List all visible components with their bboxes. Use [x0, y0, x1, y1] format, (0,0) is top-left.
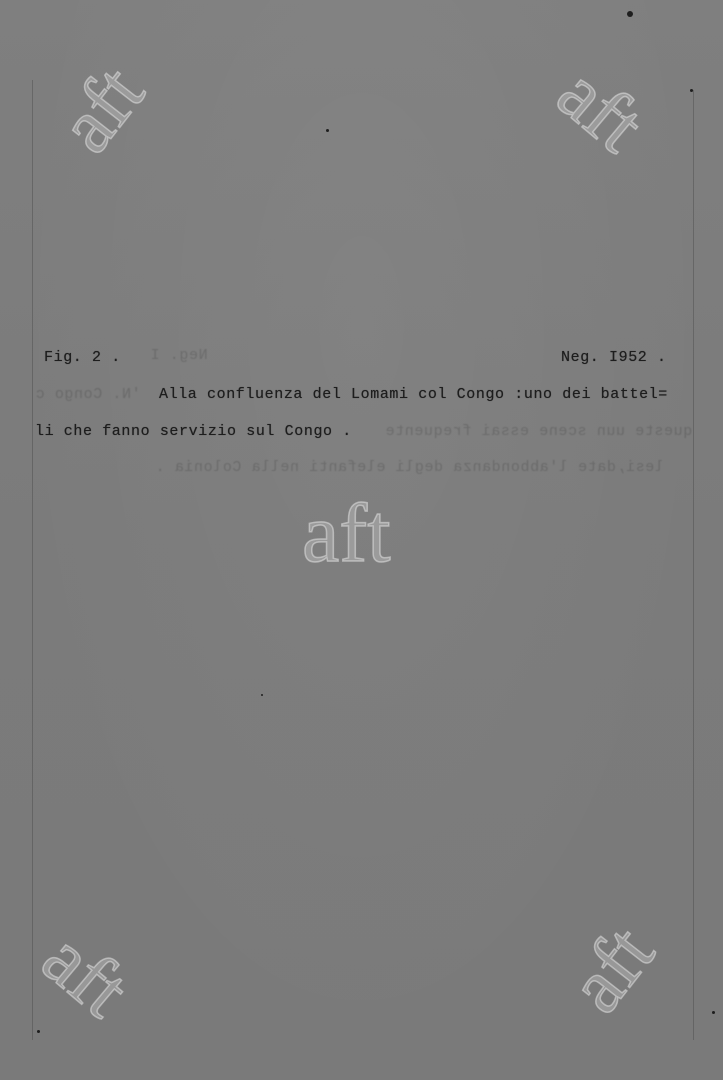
scanned-document-page: Neg. I 'N. Congo c queste uun scene essa… — [0, 0, 723, 1080]
aft-watermark: aft — [45, 53, 157, 166]
bleed-through-text: 'N. Congo c — [35, 386, 141, 403]
dust-speck — [712, 1011, 715, 1014]
aft-watermark: aft — [30, 918, 143, 1031]
dust-speck — [627, 11, 633, 17]
negative-number: Neg. I952 . — [561, 349, 667, 366]
dust-speck — [37, 1030, 40, 1033]
bleed-through-text: queste uun scene essai frequente — [385, 423, 692, 440]
dust-speck — [261, 694, 263, 696]
aft-watermark: aft — [555, 913, 667, 1026]
bleed-through-text: Neg. I — [150, 347, 208, 364]
bleed-through-text: lesi,date l'abbondanza degli elefanti ne… — [155, 459, 664, 476]
right-margin-line — [693, 90, 694, 1040]
caption-line-1: Alla confluenza del Lomami col Congo :un… — [159, 386, 668, 403]
caption-line-2: li che fanno servizio sul Congo . — [35, 423, 352, 440]
figure-label: Fig. 2 . — [44, 349, 121, 366]
aft-watermark: aft — [545, 53, 658, 166]
left-margin-line — [32, 80, 33, 1040]
dust-speck — [326, 129, 329, 132]
aft-watermark: aft — [302, 492, 391, 576]
dust-speck — [690, 89, 693, 92]
